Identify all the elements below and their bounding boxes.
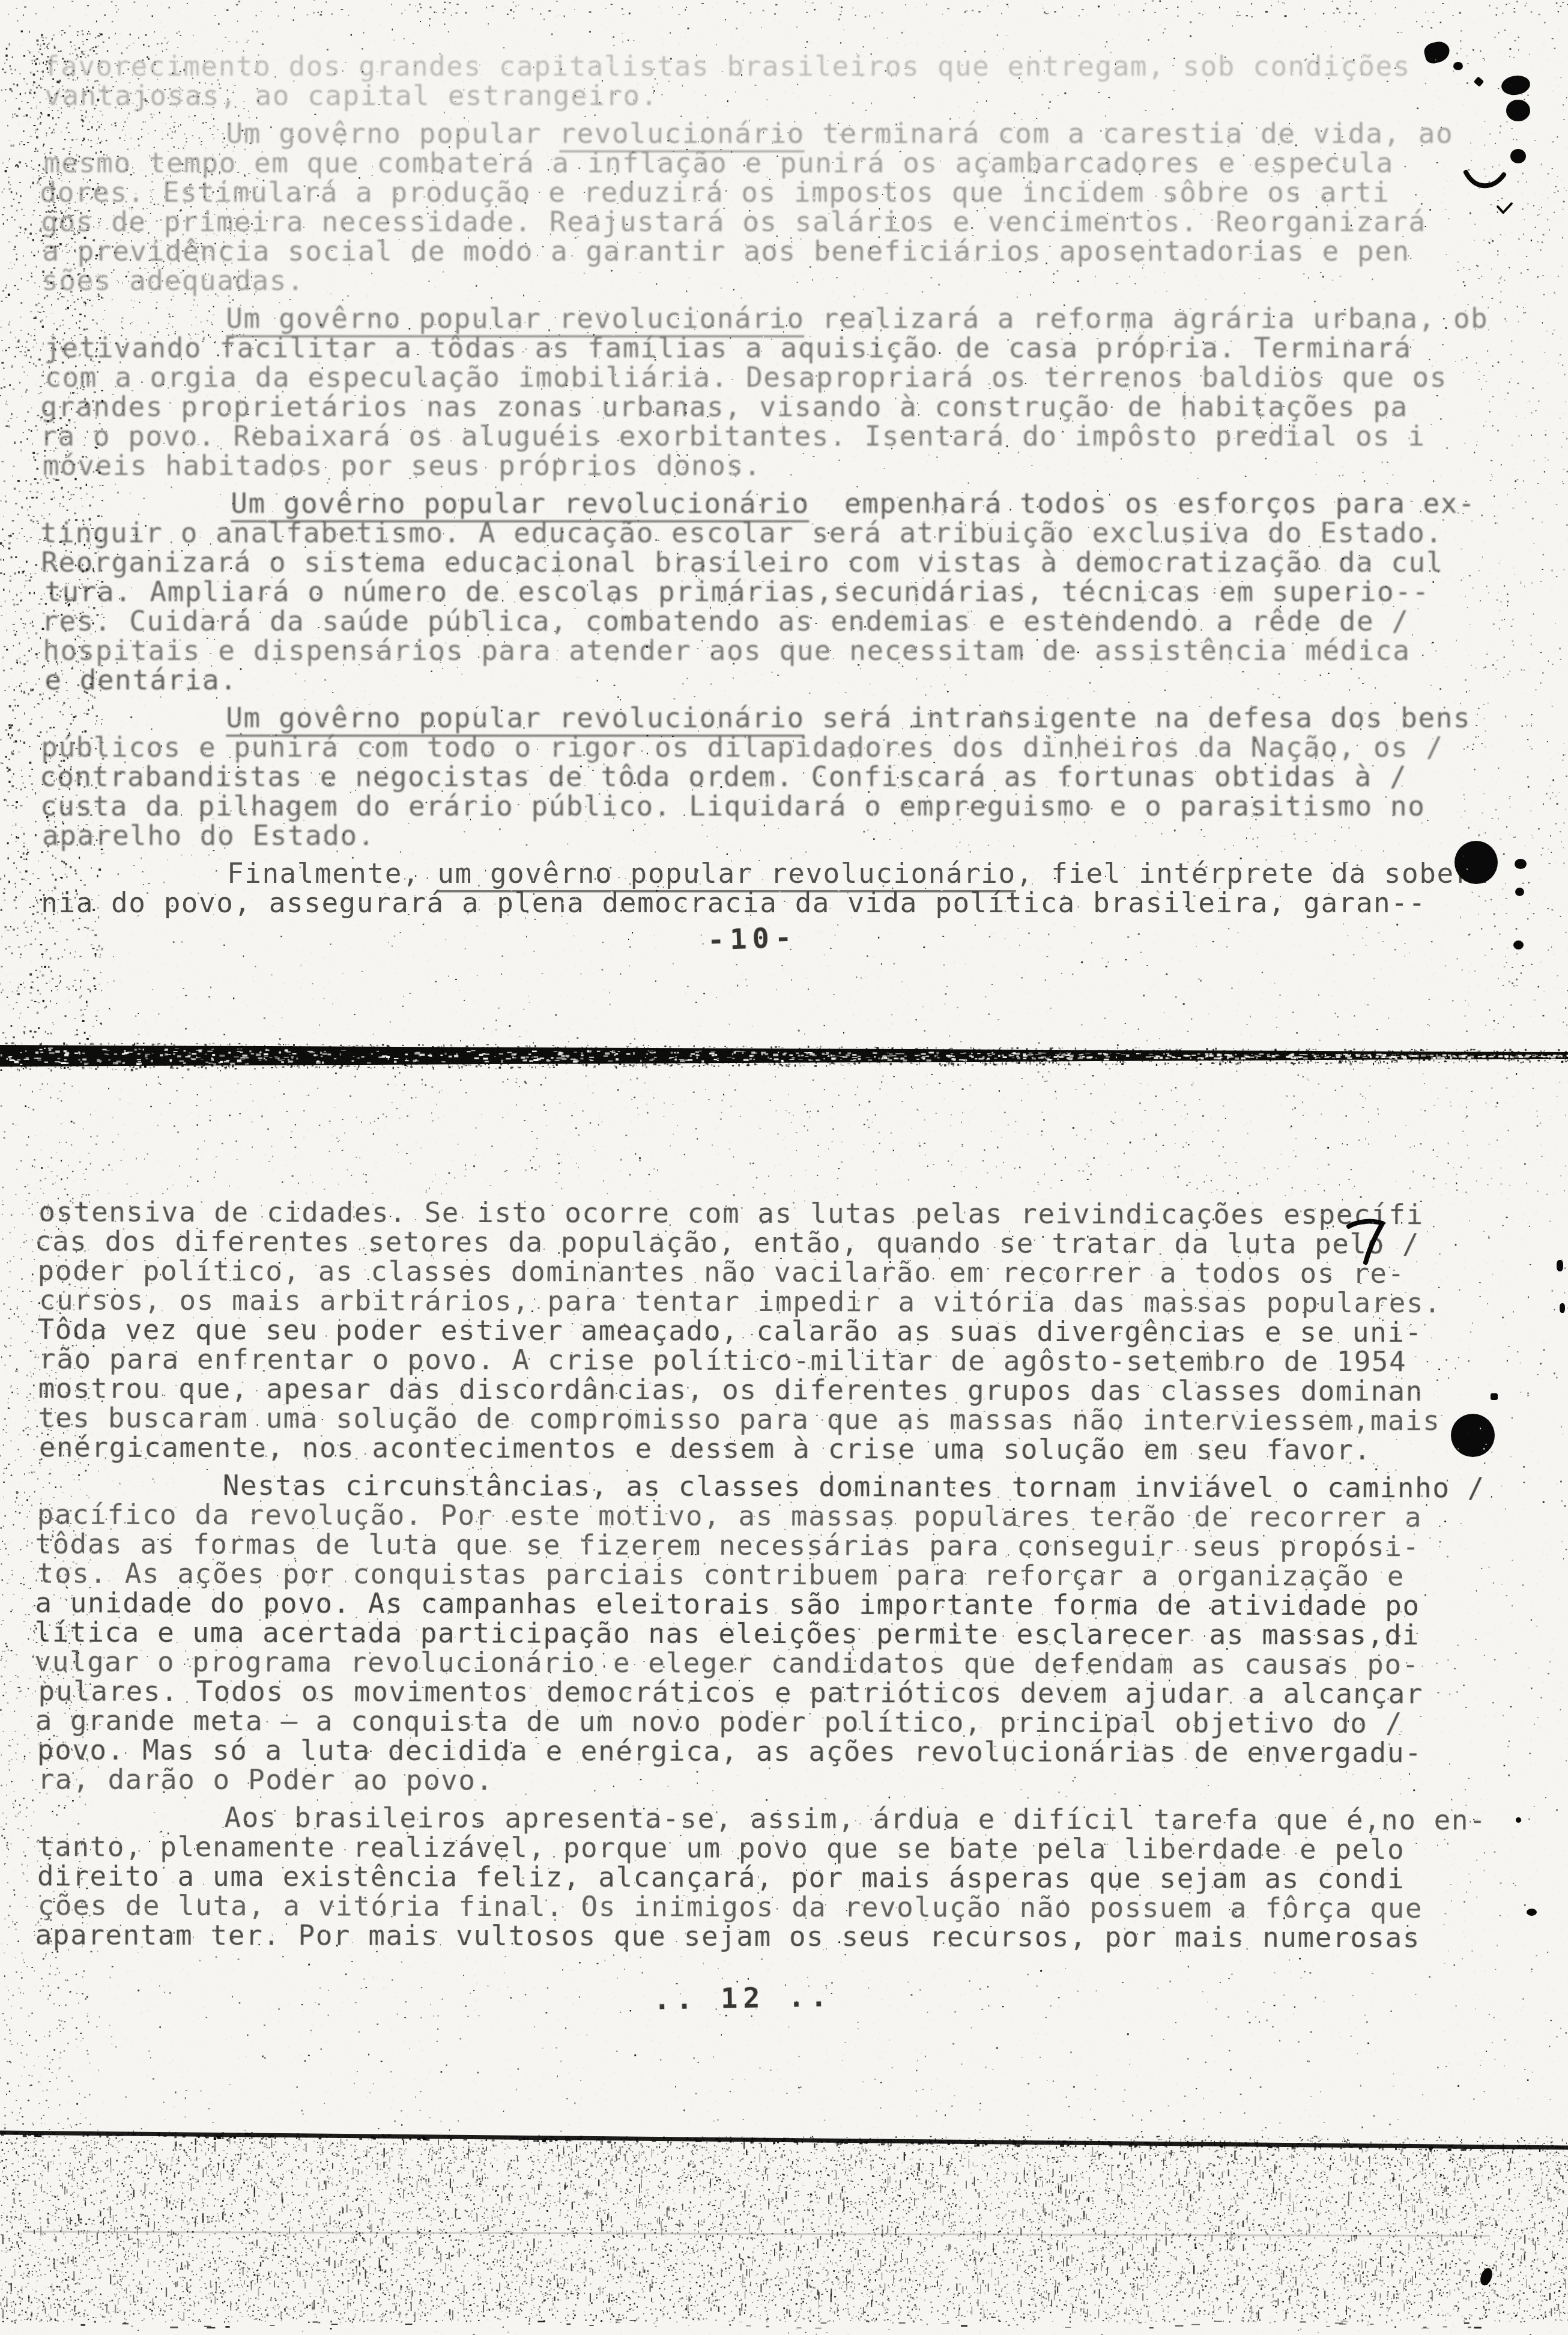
text-line: jetivando facilitar a tôdas as famílias … [44, 333, 1503, 363]
text-line: Finalmente, um govêrno popular revolucio… [41, 859, 1500, 888]
text-segment: favorecimento dos grandes capitalistas b… [43, 50, 1411, 82]
text-line: enérgicamente, nos acontecimentos e dess… [39, 1432, 1498, 1465]
text-line: Um govêrno popular revolucionário realiz… [40, 304, 1499, 333]
ink-dot-icon [1506, 100, 1530, 121]
text-segment: res. Cuidará da saúde pública, combatend… [41, 605, 1409, 637]
text-line: mesmo tempo em que combaterá a inflação … [44, 148, 1503, 178]
text-segment: será intransigente na defesa dos bens [805, 701, 1471, 734]
text-line: ra, darão o Poder ao povo. [38, 1764, 1497, 1797]
punch-hole-mark-2 [1451, 1414, 1495, 1457]
text-segment: , fiel intérprete da sobera [1016, 857, 1489, 889]
handwritten-numeral-7 [1344, 1217, 1394, 1267]
ink-blot-icon [1478, 2267, 1494, 2287]
text-segment: tura. Ampliará o número de escolas primá… [44, 575, 1429, 608]
text-segment: mesmo tempo em que combaterá a inflação … [44, 147, 1394, 179]
ink-dash-icon [1560, 1303, 1565, 1313]
ink-dot-icon [1515, 859, 1527, 869]
text-segment: vantajosas, ao capital estrangeiro. [44, 79, 658, 112]
text-segment: realizará a reforma agrária urbana, ob [805, 302, 1489, 335]
page-number-12: .. 12 .. [653, 1980, 833, 2016]
text-segment: aparentam ter. Por mais vultosos que sej… [35, 1918, 1420, 1954]
text-segment: jetivando facilitar a tôdas as famílias … [44, 332, 1411, 364]
paragraph: Nestas circunstâncias, as classes domina… [35, 1470, 1495, 1797]
text-line: a previdência social de modo a garantir … [42, 237, 1501, 266]
text-line: contrabandistas e negocistas de tôda ord… [40, 762, 1499, 792]
paragraph: Um govêrno popular revolucionário realiz… [42, 304, 1501, 480]
text-line: ra o povo. Rebaixará os aluguéis exorbit… [40, 422, 1500, 451]
ink-dot-icon [1491, 1393, 1498, 1400]
ink-dot-icon [1453, 62, 1463, 70]
text-line: hospitais e dispensários para atender ao… [43, 636, 1502, 665]
ink-blot-icon [1500, 74, 1531, 97]
text-line: favorecimento dos grandes capitalistas b… [43, 52, 1503, 81]
punch-hole-mark-1 [1454, 841, 1498, 884]
ink-blot-icon [1527, 1909, 1537, 1916]
page-number-10: -10- [707, 921, 798, 957]
ink-dot-icon [1513, 940, 1524, 949]
text-segment: ra o povo. Rebaixará os aluguéis exorbit… [40, 420, 1425, 452]
text-line: tura. Ampliará o número de escolas primá… [44, 577, 1504, 607]
text-line: móveis habitados por seus próprios donos… [43, 451, 1502, 480]
paragraph: Finalmente, um govêrno popular revolucio… [42, 859, 1501, 918]
text-segment: com a orgia da especulação imobiliária. … [44, 361, 1447, 393]
text-segment: enérgicamente, nos acontecimentos e dess… [39, 1431, 1372, 1466]
ink-dash-icon [1557, 1260, 1563, 1271]
text-segment: Reorganizará o sistema educacional brasi… [41, 546, 1444, 578]
scan-page-10: favorecimento dos grandes capitalistas b… [42, 52, 1501, 926]
text-line: grandes proprietários nas zonas urbanas,… [41, 392, 1500, 422]
text-line: nia do povo, assegurará a plena democrac… [41, 888, 1500, 918]
ink-dot-icon [1510, 149, 1526, 163]
text-line: tinguir o analfabetismo. A educação esco… [40, 518, 1500, 548]
paragraph: Um govêrno popular revolucionário empenh… [42, 489, 1501, 695]
text-segment: terminará com a carestia de vida, ao [805, 117, 1453, 150]
text-segment: gos de primeira necessidade. Reajustará … [41, 205, 1426, 238]
text-line: Um govêrno popular revolucionário termin… [40, 119, 1500, 148]
text-segment: Um govêrno popular [226, 117, 560, 150]
page-separator-band [0, 1040, 1568, 1070]
text-line: res. Cuidará da saúde pública, combatend… [41, 607, 1501, 636]
text-segment: grandes proprietários nas zonas urbanas,… [41, 390, 1408, 423]
ink-dot-icon [1515, 888, 1524, 896]
text-line: aparentam ter. Por mais vultosos que sej… [35, 1920, 1495, 1952]
text-segment: custa da pilhagem do erário público. Liq… [40, 790, 1425, 822]
text-line: Um govêrno popular revolucionário empenh… [44, 489, 1504, 518]
text-segment: a previdência social de modo a garantir … [42, 235, 1409, 267]
paragraph: Aos brasileiros apresenta-se, assim, árd… [35, 1802, 1495, 1952]
ink-dot-icon [1516, 1817, 1521, 1823]
text-segment: empenhará todos os esforços para ex- [810, 487, 1476, 519]
text-line: e dentária. [44, 665, 1504, 695]
paragraph: Um govêrno popular revolucionário será i… [42, 703, 1501, 850]
ink-arc-stroke-icon [1463, 168, 1507, 192]
text-segment: móveis habitados por seus próprios donos… [43, 449, 761, 482]
text-line: públicos e punirá com todo o rigor os di… [41, 733, 1500, 762]
text-segment: nia do povo, assegurará a plena democrac… [41, 886, 1426, 919]
text-line: Um govêrno popular revolucionário será i… [40, 703, 1499, 733]
text-segment: aparelho do Estado. [42, 819, 375, 852]
paragraph: ostensiva de cidades. Se isto ocorre com… [36, 1197, 1496, 1465]
paragraph: Um govêrno popular revolucionário termin… [42, 119, 1501, 295]
text-line: custa da pilhagem do erário público. Liq… [40, 792, 1500, 821]
text-segment: dores. Estimulará a produção e reduzirá … [40, 176, 1390, 208]
text-line: sões adequadas. [41, 266, 1501, 295]
text-segment: contrabandistas e negocistas de tôda ord… [40, 760, 1407, 793]
paragraph: favorecimento dos grandes capitalistas b… [42, 52, 1501, 111]
scanned-document: favorecimento dos grandes capitalistas b… [0, 0, 1568, 2335]
text-segment: tinguir o analfabetismo. A educação esco… [40, 516, 1443, 549]
text-line: aparelho do Estado. [42, 821, 1501, 850]
text-line: gos de primeira necessidade. Reajustará … [41, 207, 1500, 237]
text-segment: sões adequadas. [41, 264, 304, 297]
text-segment: hospitais e dispensários para atender ao… [43, 634, 1410, 667]
text-segment: públicos e punirá com todo o rigor os di… [41, 731, 1444, 763]
text-segment: Finalmente, [227, 857, 437, 889]
text-line: com a orgia da especulação imobiliária. … [44, 363, 1504, 392]
check-mark-icon [1497, 202, 1513, 215]
text-line: Reorganizará o sistema educacional brasi… [41, 548, 1500, 577]
text-line: vantajosas, ao capital estrangeiro. [44, 81, 1504, 111]
scan-page-12: ostensiva de cidades. Se isto ocorre com… [35, 1197, 1497, 1961]
text-line: dores. Estimulará a produção e reduzirá … [40, 178, 1500, 207]
text-segment: ra, darão o Poder ao povo. [38, 1763, 494, 1796]
text-segment: e dentária. [44, 664, 237, 696]
